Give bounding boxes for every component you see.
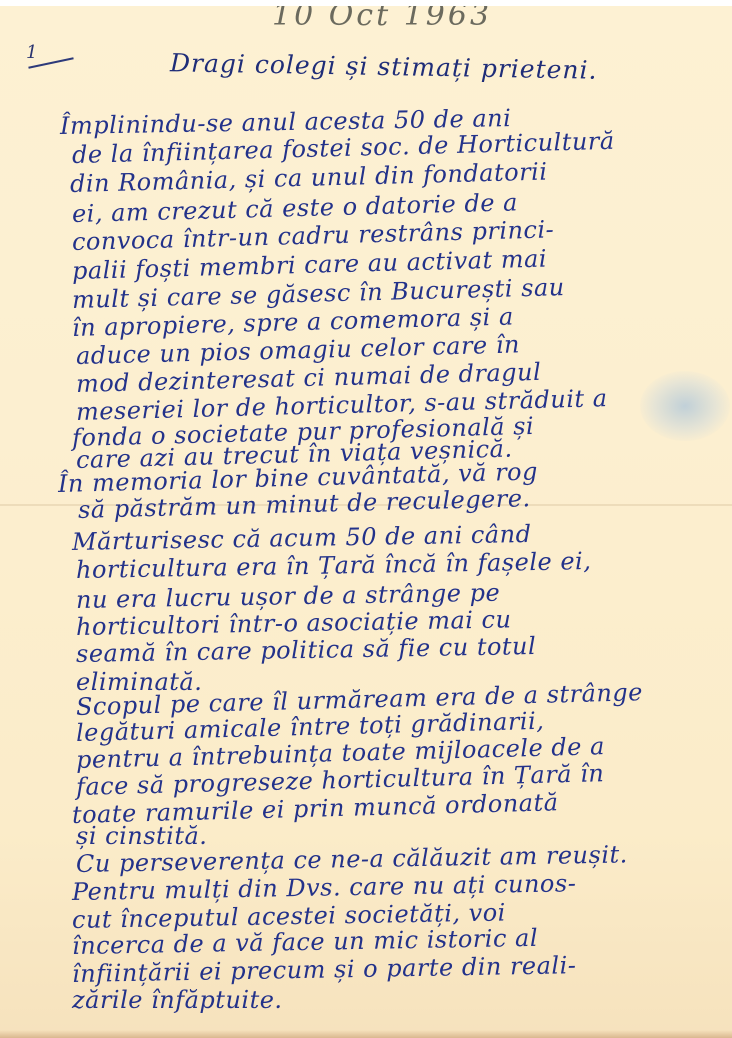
letter-page: 10 Oct 1963 1 Dragi colegi și stimați pr…	[0, 6, 732, 1038]
page-number: 1	[26, 42, 37, 63]
letter-line: zările înfăptuite.	[72, 986, 283, 1014]
ink-smudge	[640, 371, 730, 441]
letter-greeting: Dragi colegi și stimați prieteni.	[170, 48, 598, 84]
letter-line: și cinstită.	[76, 822, 207, 850]
date-annotation: 10 Oct 1963	[272, 6, 492, 33]
